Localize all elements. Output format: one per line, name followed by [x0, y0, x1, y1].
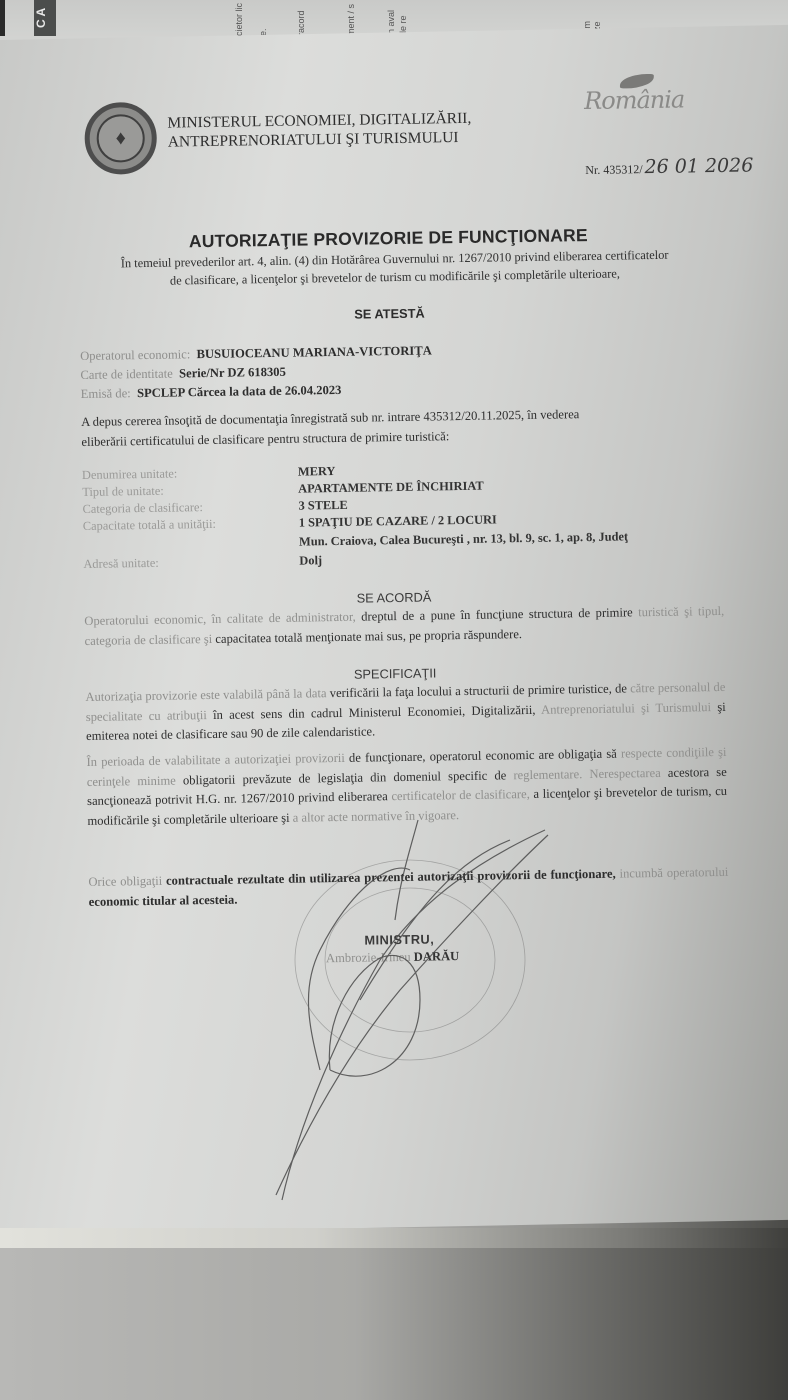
spec-text: Antreprenoriatului şi Turismului [541, 700, 711, 717]
ministry-seal-icon: ♦ [84, 102, 157, 175]
spec-text: a altor acte normative în vigoare. [293, 808, 460, 825]
handwritten-date: 26 01 2026 [644, 154, 753, 178]
spec-text: de funcţionare, operatorul economic are … [345, 747, 617, 765]
unit-value: Dolj [299, 552, 322, 569]
ministry-name: MINISTERUL ECONOMIEI, DIGITALIZĂRII, ANT… [167, 109, 471, 152]
unit-details-table: Denumirea unitate:MERY Tipul de unitate:… [82, 458, 629, 573]
operator-value: BUSUIOCEANU MARIANA-VICTORIŢA [196, 343, 431, 361]
issued-label: Emisă de: [81, 386, 131, 401]
signatory-first-name: Ambrozie-Irineu [326, 950, 411, 965]
specificatii-paragraph-1: Autorizaţia provizorie este valabilă pân… [85, 678, 726, 747]
authorization-document: ♦ MINISTERUL ECONOMIEI, DIGITALIZĂRII, A… [0, 0, 788, 1246]
operator-details: Operatorul economic: BUSUIOCEANU MARIANA… [80, 341, 433, 404]
specificatii-paragraph-2: În perioada de valabilitate a autorizaţi… [86, 743, 727, 831]
operator-label: Operatorul economic: [80, 347, 190, 363]
obligations-paragraph: Orice obligaţii contractuale rezultate d… [88, 863, 729, 912]
ministry-name-line2: ANTREPRENORIATULUI ŞI TURISMULUI [168, 128, 472, 152]
spec-text: În perioada de valabilitate a autorizaţi… [86, 751, 345, 769]
unit-value: APARTAMENTE DE ÎNCHIRIAT [298, 478, 484, 498]
spec-text: în acest sens din cadrul Ministerul Econ… [207, 702, 536, 721]
id-label: Carte de identitate [80, 367, 173, 382]
section-heading-se-atesta: SE ATESTĂ [0, 300, 784, 327]
signatory-last-name: DARĂU [414, 949, 460, 964]
registration-number: Nr. 435312/26 01 2026 [585, 154, 753, 179]
unit-value: MERY [298, 463, 336, 481]
spec-text: obligatorii prevăzute de legislaţia din … [176, 768, 507, 787]
signature-block: MINISTRU, Ambrozie-Irineu DARĂU [5, 926, 788, 971]
id-value: Serie/Nr DZ 618305 [179, 365, 286, 381]
obligations-text: incumbă operatorului [619, 865, 728, 881]
acorda-text: Operatorului economic, în calitate de ad… [84, 610, 356, 628]
unit-value: 1 SPAŢIU DE CAZARE / 2 LOCURI [299, 511, 497, 531]
eagle-emblem-icon: ♦ [96, 114, 145, 163]
surface-below [0, 1248, 788, 1400]
obligations-text: economic titular al acesteia. [89, 892, 238, 908]
registration-number-label: Nr. 435312/ [585, 162, 643, 177]
unit-value: 3 STELE [298, 497, 348, 515]
unit-label: Adresă unitate: [83, 553, 299, 573]
acorda-text: capacitatea totală menţionate mai sus, p… [212, 627, 522, 646]
romania-brand-logo: România [584, 85, 684, 115]
spec-text: verificării la faţa locului a structurii… [326, 681, 627, 700]
unit-label: Capacitate totală a unităţii: [83, 515, 299, 535]
spec-text: reglementare. Nerespectarea [513, 765, 661, 781]
obligations-text: Orice obligaţii [88, 874, 162, 889]
acorda-text: dreptul de a pune în funcţiune structura… [356, 605, 633, 623]
acorda-paragraph: Operatorului economic, în calitate de ad… [84, 602, 725, 651]
unit-label [83, 534, 299, 554]
spec-text: certificatelor de clasificare, [391, 787, 530, 803]
request-paragraph: A depus cererea însoţită de documentaţia… [81, 403, 722, 452]
obligations-text: contractuale rezultate din utilizarea pr… [162, 867, 616, 888]
spec-text: Autorizaţia provizorie este valabilă pân… [85, 686, 326, 704]
issued-value: SPCLEP Cărcea la data de 26.04.2023 [137, 383, 342, 400]
